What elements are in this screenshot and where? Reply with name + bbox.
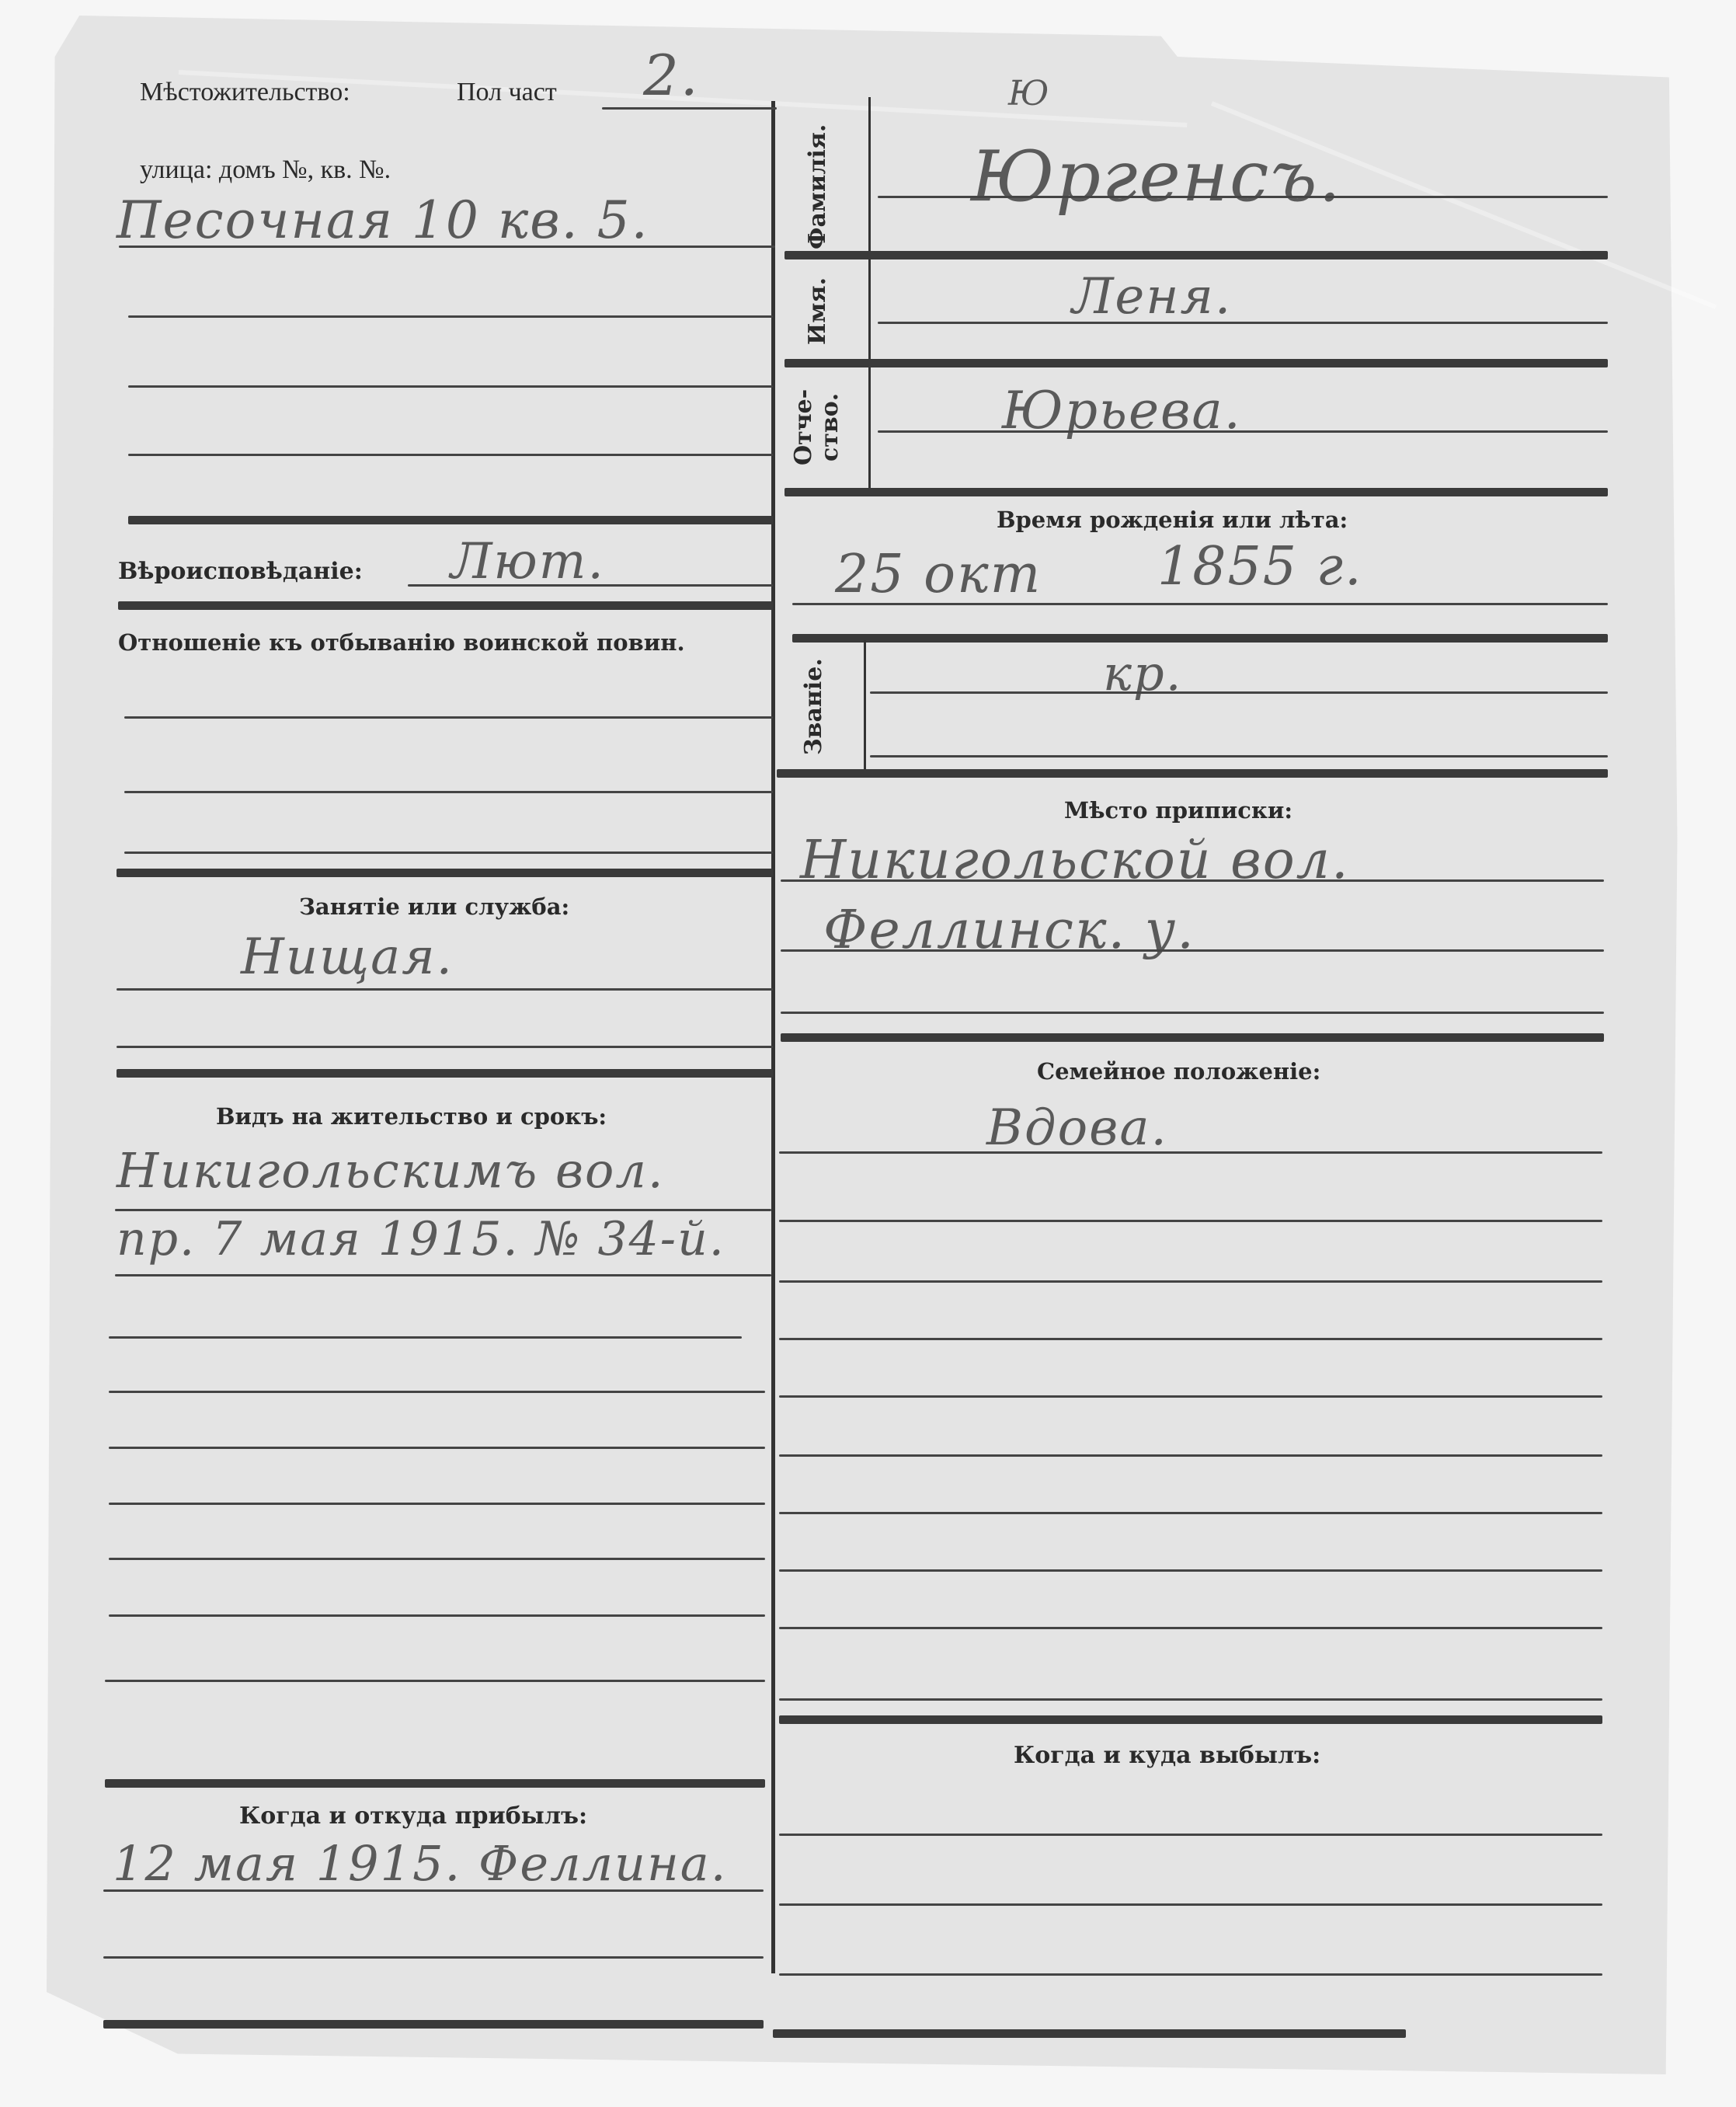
street-value[interactable]: Песочная 10 кв. 5. — [117, 190, 649, 250]
field-line — [109, 1558, 765, 1560]
patronymic-label-line2: ство. — [816, 393, 844, 461]
family-status-label: Семейное положеніе: — [1037, 1058, 1320, 1085]
field-line — [792, 603, 1608, 605]
registration-card — [47, 16, 1686, 2074]
section-divider — [785, 359, 1608, 367]
occupation-value[interactable]: Нищая. — [241, 928, 454, 986]
patronymic-label-line1: Отче- — [790, 389, 817, 465]
rank-label: Званіе. — [800, 649, 827, 765]
field-line — [103, 1956, 764, 1959]
arrival-label: Когда и откуда прибылъ: — [239, 1802, 587, 1830]
field-line — [779, 1569, 1602, 1572]
section-divider — [792, 634, 1608, 643]
police-district-label: Пол част — [457, 78, 557, 107]
field-line — [117, 1046, 773, 1048]
field-line — [115, 1209, 771, 1211]
field-line — [779, 1698, 1602, 1701]
field-line — [119, 246, 775, 248]
field-line — [779, 1338, 1602, 1340]
field-line — [124, 791, 773, 793]
field-line — [779, 1903, 1602, 1906]
field-line — [779, 1454, 1602, 1457]
residence-permit-value-line1[interactable]: Никигольскимъ вол. — [117, 1142, 665, 1199]
first-name-label: Имя. — [804, 268, 831, 353]
field-line — [878, 430, 1608, 433]
section-divider — [117, 1069, 773, 1078]
field-line — [128, 385, 773, 388]
field-line — [779, 1395, 1602, 1398]
street-label: улица: домъ №, кв. №. — [140, 155, 391, 185]
field-line — [128, 454, 773, 456]
field-line — [779, 1627, 1602, 1629]
field-line — [105, 1680, 765, 1682]
residence-permit-label: Видъ на жительство и срокъ: — [216, 1103, 607, 1130]
field-line — [870, 755, 1608, 757]
field-line — [781, 879, 1604, 882]
religion-value[interactable]: Лют. — [451, 533, 605, 590]
registration-place-label: Мѣсто приписки: — [1064, 797, 1292, 824]
field-line — [779, 1834, 1602, 1836]
field-line — [124, 852, 773, 854]
field-line — [779, 1220, 1602, 1222]
field-line — [779, 1151, 1602, 1154]
field-line — [109, 1503, 765, 1505]
section-divider — [785, 488, 1608, 496]
registration-place-value-line2[interactable]: Феллинск. у. — [823, 900, 1195, 961]
registration-place-value-line1[interactable]: Никигольской вол. — [800, 830, 1350, 891]
departure-label: Когда и куда выбылъ: — [1014, 1742, 1320, 1769]
patronymic-label: Отче- ство. — [791, 373, 844, 482]
surname-label: Фамилія. — [804, 109, 831, 264]
field-line — [408, 584, 773, 587]
section-divider — [781, 1033, 1604, 1042]
section-divider — [118, 601, 773, 610]
family-status-value[interactable]: Вдова. — [986, 1099, 1168, 1157]
center-divider — [771, 101, 775, 1973]
field-line — [124, 716, 773, 719]
surname-value[interactable]: Юргенсъ. — [971, 136, 1342, 218]
section-divider — [128, 516, 773, 524]
field-line — [109, 1336, 742, 1339]
field-line — [109, 1447, 765, 1449]
field-line — [781, 949, 1604, 952]
residence-permit-value-line2[interactable]: пр. 7 мая 1915. № 34-й. — [117, 1212, 725, 1266]
field-line — [878, 322, 1608, 324]
field-line — [779, 1973, 1602, 1976]
field-line — [781, 1012, 1604, 1014]
religion-label: Вѣроисповѣданіе: — [118, 558, 363, 585]
birth-year-value[interactable]: 1855 г. — [1157, 536, 1363, 597]
field-line — [109, 1614, 765, 1617]
section-divider — [103, 2020, 764, 2029]
field-line — [870, 691, 1608, 694]
police-district-value[interactable]: 2. — [643, 43, 700, 108]
first-name-value[interactable]: Леня. — [1072, 268, 1232, 326]
section-divider — [777, 769, 1608, 778]
field-line — [115, 1274, 771, 1276]
field-line — [779, 1280, 1602, 1283]
occupation-label: Занятіе или служба: — [299, 893, 569, 920]
arrival-value[interactable]: 12 мая 1915. Феллина. — [113, 1835, 727, 1892]
residence-label: Мѣстожительство: — [140, 78, 350, 107]
birth-day-value[interactable]: 25 окт — [835, 544, 1042, 605]
label-column-divider — [864, 640, 866, 772]
birth-label: Время рожденія или лѣта: — [997, 507, 1348, 533]
field-line — [878, 196, 1608, 198]
label-column-divider — [868, 97, 871, 493]
field-line — [109, 1391, 765, 1393]
field-line — [117, 988, 773, 991]
field-line — [103, 1889, 764, 1892]
section-divider — [105, 1779, 765, 1788]
field-line — [779, 1512, 1602, 1514]
section-divider — [117, 869, 773, 877]
section-divider — [779, 1715, 1602, 1724]
military-service-label: Отношеніе къ отбыванію воинской повин. — [118, 629, 685, 656]
section-divider — [773, 2029, 1406, 2038]
surname-prefix-mark: Ю — [1008, 74, 1051, 113]
field-line — [602, 107, 777, 110]
section-divider — [785, 251, 1608, 259]
field-line — [128, 315, 773, 318]
